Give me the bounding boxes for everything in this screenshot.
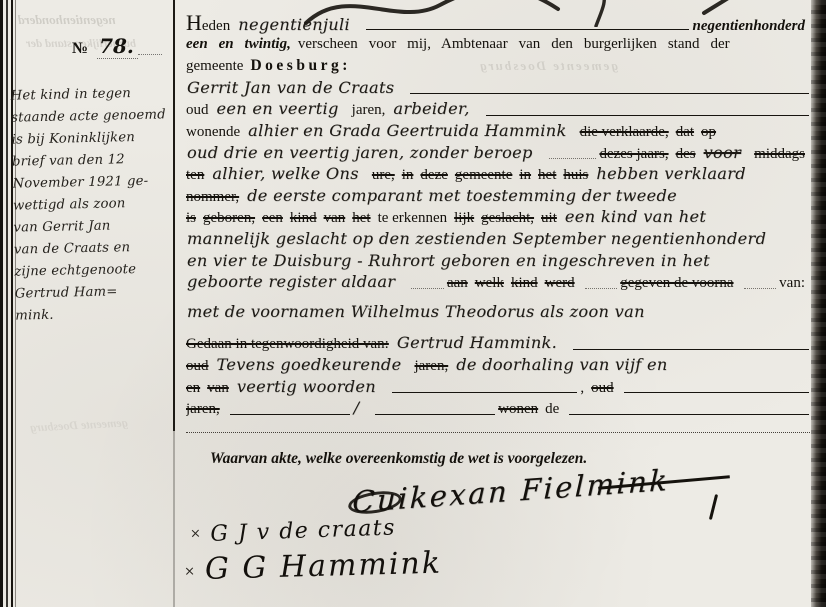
printed-text: uit: [541, 208, 557, 228]
act-lines: Hedennegentienjulinegentienhonderdeen en…: [186, 0, 812, 419]
marginal-note-line: mink.: [15, 302, 167, 327]
printed-text: kind: [290, 208, 317, 228]
act-line: geboorte register aldaaraanwelkkindwerdg…: [186, 271, 812, 293]
handwritten-text: Tevens goedkeurende: [216, 354, 405, 376]
act-line: envanveertig woorden,oud: [186, 376, 812, 398]
act-line: Gerrit Jan van de Craats: [186, 77, 812, 99]
act-line: gemeenteDoesburg:: [186, 55, 812, 77]
bleedthrough-text: gemeente Doesburg: [30, 415, 128, 435]
act-line: wonendealhier en Grada Geertruida Hammin…: [186, 120, 812, 142]
printed-text: oud: [186, 100, 209, 120]
handwritten-text: /: [353, 397, 363, 419]
act-line: tenalhier, welke Onsure,indezegemeentein…: [186, 163, 812, 185]
marginal-note: Het kind in tegenstaande acte genoemdis …: [10, 82, 167, 327]
form-left-border: [173, 0, 175, 607]
printed-text: van: [207, 378, 229, 398]
handwritten-text: negentienjuli: [237, 14, 353, 34]
printed-text: ure,: [372, 165, 395, 185]
printed-text: Heden: [186, 12, 230, 34]
printed-text: te erkennen: [378, 208, 448, 228]
printed-text: huis: [563, 165, 588, 185]
printed-text: jaren,: [186, 399, 220, 419]
printed-text: een en twintig,: [186, 34, 291, 56]
printed-text: gemeente: [186, 56, 243, 77]
act-number: № 78.: [72, 34, 162, 59]
printed-text: van: [324, 208, 346, 228]
printed-text: ten: [186, 165, 204, 185]
marginal-note-line: wettigd als zoon: [13, 192, 165, 217]
printed-text: wonende: [186, 122, 240, 142]
printed-text: negentienhonderd: [692, 16, 805, 34]
fill-rule: [375, 414, 495, 415]
father-signature: ×G J v de craats: [190, 515, 397, 547]
printed-text: werd: [545, 273, 575, 293]
handwritten-text: geboorte register aldaar: [186, 271, 398, 293]
witness-mark: ×: [190, 526, 203, 541]
printed-text: die verklaarde,: [580, 122, 669, 142]
act-line: oud drie en veertig jaren, zonder beroep…: [186, 142, 812, 164]
marginal-note-line: November 1921 ge-: [12, 170, 164, 195]
act-line: en vier te Duisburg - Ruhrort geboren en…: [186, 250, 812, 272]
handwritten-text: Gertrud Hammink.: [396, 332, 560, 354]
fill-rule: [411, 288, 444, 289]
printed-text: aan: [447, 273, 468, 293]
act-line: Gedaan in tegenwoordigheid van:Gertrud H…: [186, 332, 812, 354]
printed-text: oud: [591, 378, 614, 398]
handwritten-text: de doorhaling van vijf en: [455, 354, 670, 376]
fill-rule: [486, 115, 809, 116]
bleedthrough-text: negentienhonderd: [18, 12, 116, 28]
act-line: oudeen en veertigjaren,arbeider,: [186, 98, 812, 120]
act-body: Hedennegentienjulinegentienhonderdeen en…: [186, 0, 812, 468]
act-line: mannelijk geslacht op den zestienden Sep…: [186, 228, 812, 250]
handwritten-text: de eerste comparant met toestemming der …: [246, 185, 680, 207]
printed-text: wonen: [498, 399, 538, 419]
printed-text: de: [545, 399, 559, 419]
printed-text: het: [352, 208, 370, 228]
handwritten-text: een en veertig: [216, 98, 342, 120]
printed-text: dezes jaars,: [599, 144, 668, 164]
numero-sign: №: [72, 40, 88, 58]
printed-text: nommer,: [186, 187, 239, 207]
act-number-value: 78.: [97, 34, 138, 59]
printed-text: welk: [475, 273, 504, 293]
fill-rule: [230, 414, 350, 415]
printed-text: oud: [186, 356, 209, 376]
act-line: een en twintig,verscheen voor mij, Ambte…: [186, 34, 812, 56]
act-line: Hedennegentienjulinegentienhonderd: [186, 12, 812, 34]
printed-text: jaren,: [352, 100, 386, 120]
fill-rule: [744, 288, 777, 289]
fill-rule: [569, 414, 809, 415]
marginal-note-line: is bij Koninklijken: [11, 126, 163, 151]
printed-text: Gedaan in tegenwoordigheid van:: [186, 334, 389, 354]
scanned-page-edge: [811, 0, 826, 607]
section-divider: [186, 432, 810, 433]
printed-text: lijk: [454, 208, 474, 228]
fill-rule: [410, 93, 809, 94]
handwritten-text: arbeider,: [392, 98, 472, 120]
printed-text: in: [402, 165, 414, 185]
witness-mark: ×: [184, 564, 197, 579]
printed-text: gemeente: [455, 165, 512, 185]
marginal-note-line: staande acte genoemd: [11, 104, 163, 129]
fill-rule: [573, 349, 809, 350]
printed-text: op: [701, 122, 716, 142]
signature-flourish: [709, 494, 718, 520]
printed-text: verscheen voor mij, Ambtenaar van den bu…: [298, 34, 730, 56]
printed-text: jaren,: [414, 356, 448, 376]
marginal-note-line: Gertrud Ham=: [15, 280, 167, 305]
act-line: jaren,/wonende: [186, 397, 812, 419]
printed-text: van:: [779, 273, 805, 293]
fill-rule: [585, 288, 618, 289]
printed-text: deze: [420, 165, 447, 185]
printed-text: des: [676, 144, 696, 164]
handwritten-text: een kind van het: [564, 206, 709, 228]
handwritten-text: en vier te Duisburg - Ruhrort geboren en…: [186, 250, 713, 272]
printed-text: in: [519, 165, 531, 185]
printed-text: Doesburg:: [250, 55, 350, 77]
printed-text: en: [186, 378, 200, 398]
act-line: isgeboren,eenkindvanhette erkennenlijkge…: [186, 206, 812, 228]
printed-text: ,: [580, 378, 584, 398]
marginal-note-line: van de Craats en: [14, 236, 166, 261]
handwritten-text: Gerrit Jan van de Craats: [186, 77, 397, 99]
handwritten-text: mannelijk geslacht op den zestienden Sep…: [186, 228, 769, 250]
marginal-note-line: brief van den 12: [12, 148, 164, 173]
handwritten-text: met de voornamen Wilhelmus Theodorus als…: [186, 301, 648, 323]
mother-signature-text: G G Hammink: [204, 546, 442, 587]
father-signature-text: G J v de craats: [210, 515, 396, 546]
fill-rule: [549, 158, 597, 159]
handwritten-text: veertig woorden: [236, 376, 379, 398]
handwritten-text: alhier en Grada Geertruida Hammink: [247, 120, 569, 142]
act-line: oudTevens goedkeurendejaren,de doorhalin…: [186, 354, 812, 376]
handwritten-text: alhier, welke Ons: [211, 163, 362, 185]
printed-text: kind: [511, 273, 538, 293]
handwritten-text: voor: [703, 142, 745, 164]
act-line: nommer,de eerste comparant met toestemmi…: [186, 185, 812, 207]
marginal-note-line: Het kind in tegen: [10, 82, 162, 107]
printed-text: gegeven de voorna: [620, 273, 733, 293]
printed-text: geboren,: [203, 208, 255, 228]
act-line: met de voornamen Wilhelmus Theodorus als…: [186, 301, 812, 323]
printed-text: het: [538, 165, 556, 185]
marginal-note-line: van Gerrit Jan: [13, 214, 165, 239]
mother-signature: ×G G Hammink: [184, 546, 443, 588]
handwritten-text: hebben verklaard: [595, 163, 749, 185]
printed-text: middags: [754, 144, 805, 164]
fill-rule: [366, 29, 690, 30]
fill-rule: [392, 392, 577, 393]
official-signature: Cuikexan Fielmink: [352, 463, 670, 519]
closing-statement: Waarvan akte, welke overeenkomstig de we…: [210, 450, 812, 468]
registry-act-page: negentienhonderd burgerlijken stand der …: [0, 0, 826, 607]
handwritten-text: oud drie en veertig jaren, zonder beroep: [186, 142, 536, 164]
printed-text: geslacht,: [481, 208, 534, 228]
printed-text: is: [186, 208, 196, 228]
fill-rule: [624, 392, 809, 393]
printed-text: een: [262, 208, 283, 228]
dotted-fill: [138, 54, 162, 55]
printed-text: dat: [676, 122, 694, 142]
marginal-note-line: zijne echtgenoote: [14, 258, 166, 283]
